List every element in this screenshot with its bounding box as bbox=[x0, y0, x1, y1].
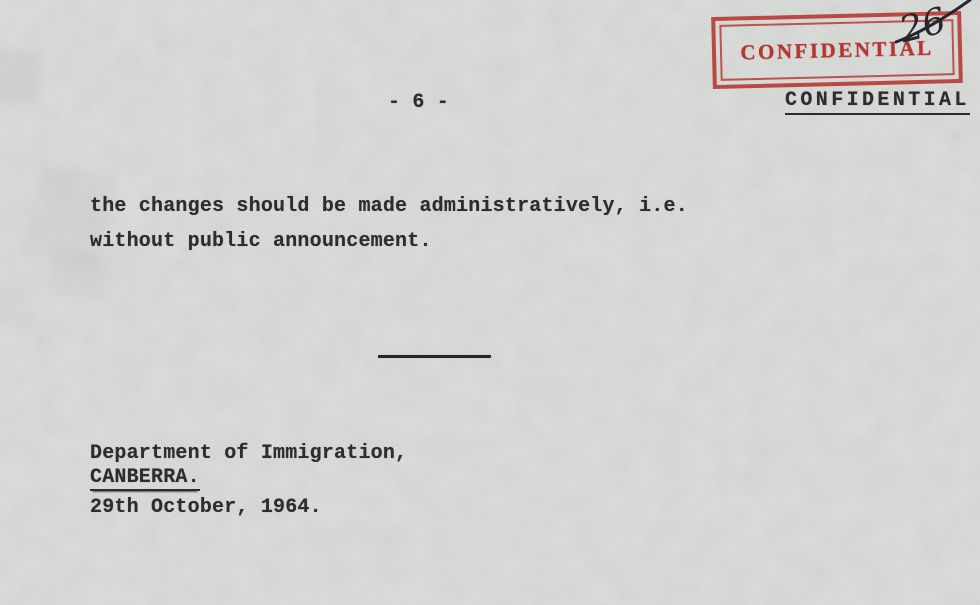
document-page: CONFIDENTIAL 26 CONFIDENTIAL - 6 - the c… bbox=[0, 0, 980, 605]
footer-city: CANBERRA. bbox=[90, 466, 200, 491]
body-text-line: the changes should be made administrativ… bbox=[90, 195, 688, 218]
bleedthrough-mark bbox=[0, 284, 36, 328]
body-text-line: without public announcement. bbox=[90, 230, 432, 253]
confidential-stamp-inner-border: CONFIDENTIAL bbox=[719, 19, 954, 81]
footer-date: 29th October, 1964. bbox=[90, 496, 322, 519]
confidential-stamp-text: CONFIDENTIAL bbox=[740, 35, 934, 65]
section-separator-rule bbox=[378, 355, 491, 358]
classification-typed: CONFIDENTIAL bbox=[785, 89, 970, 115]
bleedthrough-mark bbox=[0, 48, 42, 103]
page-number: - 6 - bbox=[388, 91, 449, 114]
confidential-stamp: CONFIDENTIAL bbox=[711, 11, 963, 89]
footer-department: Department of Immigration, bbox=[90, 442, 407, 465]
bleedthrough-mark bbox=[49, 248, 113, 302]
